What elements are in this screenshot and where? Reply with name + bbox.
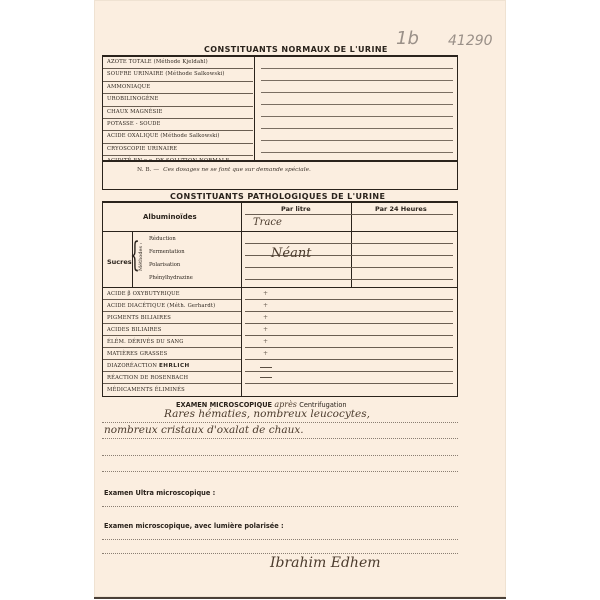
normal-rows: AZOTE TOTALE (Méthode Kjeldahl) SOUFRE U… [103,57,253,168]
value-line [245,299,453,300]
row-diazoreaction: DIAZORÉACTION EHRLICH [107,363,190,369]
albuminoides-label: Albuminoïdes [143,213,197,221]
row-medicaments: MÉDICAMENTS ÉLIMINÉS [107,387,185,393]
mark-pigments: + [263,314,268,321]
column-divider [241,203,242,287]
row-rule [103,359,241,360]
value-line [261,80,453,81]
row-matieres-grasses: MATIÈRES GRASSES [107,351,167,357]
value-line [261,152,453,153]
table-bottom-rule [103,160,457,162]
row-rule [103,323,241,324]
pathological-constituents-table: Albuminoïdes Par litre Par 24 Heures Tra… [102,201,458,397]
row-rule [103,311,241,312]
pathological-constituents-title: CONSTITUANTS PATHOLOGIQUES DE L'URINE [170,192,385,201]
row-pigments-biliaires: PIGMENTS BILIAIRES [107,315,171,321]
handwritten-reference-1: 1b [396,28,419,49]
microscopic-finding-line-1: Rares hématies, nombreux leucocytes, [164,408,370,420]
sucres-label: Sucres [107,258,132,266]
value-line [261,116,453,117]
column-divider [241,287,242,397]
method-fermentation: Fermentation [149,249,185,255]
method-polarisation: Polarisation [149,262,180,268]
normal-constituents-table: AZOTE TOTALE (Méthode Kjeldahl) SOUFRE U… [102,55,458,190]
method-line [245,243,453,244]
sucres-rule [103,287,457,288]
albuminoides-value: Trace [253,217,282,228]
row-soufre: SOUFRE URINAIRE (Méthode Salkowski) [103,69,253,81]
mark-diacetique: + [263,302,268,309]
method-reduction: Réduction [149,236,176,242]
row-rosenbach: RÉACTION DE ROSENBACH [107,375,188,381]
value-line [261,128,453,129]
row-chaux: CHAUX MAGNÉSIE [103,107,253,119]
value-line [245,347,453,348]
sucres-value: Néant [271,246,311,261]
note-text: Ces dosages ne se font que sur demande s… [163,167,311,173]
write-line [102,438,458,439]
mark-oxybutyrique: + [263,290,268,297]
write-line [102,422,458,423]
mark-acides-biliaires: + [263,326,268,333]
lab-report-sheet: 1b 41290 CONSTITUANTS NORMAUX DE L'URINE… [94,0,506,597]
signature: Ibrahim Edhem [270,555,381,571]
ultra-microscopic-label: Examen Ultra microscopique : [104,489,215,497]
method-line [245,279,453,280]
normal-constituents-title: CONSTITUANTS NORMAUX DE L'URINE [204,45,388,54]
row-acide-oxalique: ACIDE OXALIQUE (Méthode Salkowski) [103,131,253,143]
mark-diazoreaction [260,367,272,368]
write-line [102,506,458,507]
methodes-label: Méthodes : [138,243,144,271]
method-line [245,267,453,268]
value-line [261,68,453,69]
value-line [261,104,453,105]
note-prefix: N. B. — [137,167,159,173]
column-divider [351,203,352,287]
write-line [102,471,458,472]
row-acide-oxybutyrique: ACIDE β OXYBUTYRIQUE [107,291,180,297]
row-acides-biliaires: ACIDES BILIAIRES [107,327,162,333]
note: N. B. —Ces dosages ne se font que sur de… [137,167,311,173]
row-azote: AZOTE TOTALE (Méthode Kjeldahl) [103,57,253,69]
mark-rosenbach [260,377,272,378]
value-line [245,323,453,324]
write-line [102,539,458,540]
column-divider [254,57,255,160]
row-ammoniaque: AMMONIAQUE [103,82,253,94]
mark-elem-sang: + [263,338,268,345]
per-24h-header: Par 24 Heures [375,205,427,213]
per-litre-header: Par litre [281,205,311,213]
write-line [102,553,458,554]
value-line [245,383,453,384]
handwritten-reference-2: 41290 [448,33,493,49]
row-rule [103,347,241,348]
value-line [261,92,453,93]
write-line [102,455,458,456]
mark-matieres-grasses: + [263,350,268,357]
value-line [261,140,453,141]
row-elem-sang: ÉLÉM. DÉRIVÉS DU SANG [107,339,184,345]
value-line [245,311,453,312]
row-rule [103,371,241,372]
row-urobilinogene: UROBILINOGÈNE [103,94,253,106]
value-line [245,371,453,372]
ehrlich-label: EHRLICH [159,363,190,369]
header-rule [245,214,453,215]
value-line [245,335,453,336]
polarized-light-label: Examen microscopique, avec lumière polar… [104,522,284,530]
microscopic-finding-line-2: nombreux cristaux d'oxalat de chaux. [104,424,304,436]
row-potasse: POTASSE - SOUDE [103,119,253,131]
albuminoides-rule [103,231,457,232]
row-rule [103,383,241,384]
row-rule [103,299,241,300]
value-line [245,359,453,360]
row-rule [103,335,241,336]
diazoreaction-prefix: DIAZORÉACTION [107,363,157,369]
row-cryoscopie: CRYOSCOPIE URINAIRE [103,144,253,156]
row-acide-diacetique: ACIDE DIACÉTIQUE (Méth. Gerhardt) [107,303,215,309]
method-phenylhydrazine: Phénylhydrazine [149,275,193,281]
